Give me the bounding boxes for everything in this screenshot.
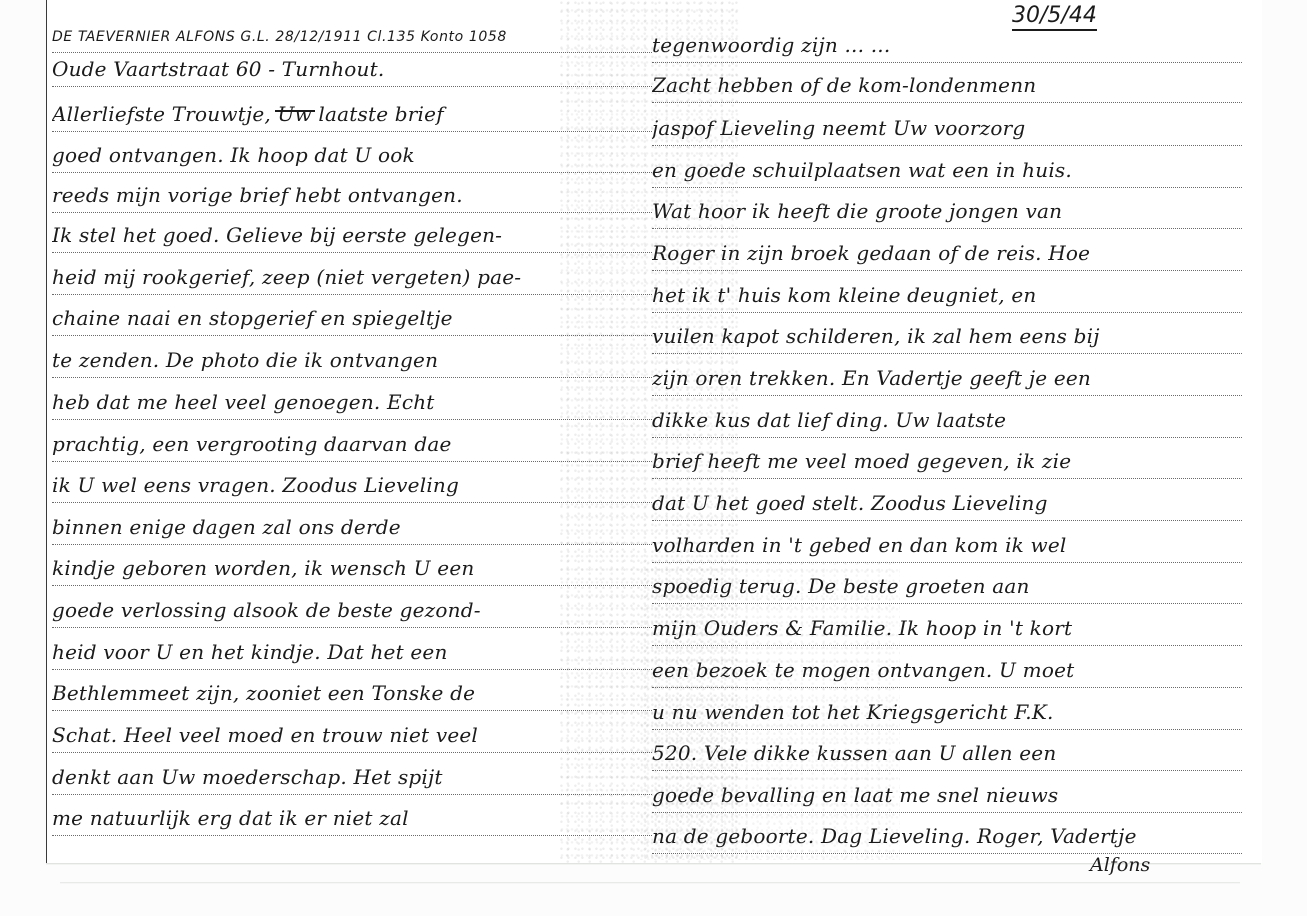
text-line: het ik t' huis kom kleine deugniet, en xyxy=(652,280,1242,313)
underline-stroke xyxy=(275,110,315,112)
text-line: Wat hoor ik heeft die groote jongen van xyxy=(652,196,1242,229)
text-line: u nu wenden tot het Kriegsgericht F.K. xyxy=(652,697,1242,730)
text-line: mijn Ouders & Familie. Ik hoop in 't kor… xyxy=(652,613,1242,646)
text-line: goede bevalling en laat me snel nieuws xyxy=(652,780,1242,813)
paper-edge xyxy=(46,863,1261,865)
signature: Alfons xyxy=(1090,854,1150,876)
text-line: na de geboorte. Dag Lieveling. Roger, Va… xyxy=(652,821,1242,854)
text-line: een bezoek te mogen ontvangen. U moet xyxy=(652,655,1242,688)
header-line: DE TAEVERNIER ALFONS G.L. 28/12/1911 Cl.… xyxy=(52,20,652,53)
address-line: Oude Vaartstraat 60 - Turnhout. xyxy=(52,54,652,87)
text-line: goede verlossing alsook de beste gezond- xyxy=(52,595,652,628)
text-line: Ik stel het goed. Gelieve bij eerste gel… xyxy=(52,220,652,253)
text-line: spoedig terug. De beste groeten aan xyxy=(652,571,1242,604)
text-line: Allerliefste Trouwtje, Uw laatste brief xyxy=(52,99,652,132)
text-line: goed ontvangen. Ik hoop dat U ook xyxy=(52,140,652,173)
text-line: jaspof Lieveling neemt Uw voorzorg xyxy=(652,113,1242,146)
text-line: dat U het goed stelt. Zoodus Lieveling xyxy=(652,488,1242,521)
text-line: en goede schuilplaatsen wat een in huis. xyxy=(652,155,1242,188)
text-line: brief heeft me veel moed gegeven, ik zie xyxy=(652,446,1242,479)
text-line: te zenden. De photo die ik ontvangen xyxy=(52,345,652,378)
text-line: heid mij rookgerief, zeep (niet vergeten… xyxy=(52,262,652,295)
letter-date: 30/5/44 xyxy=(1012,4,1097,31)
text-line: heid voor U en het kindje. Dat het een xyxy=(52,637,652,670)
text-line: me natuurlijk erg dat ik er niet zal xyxy=(52,803,652,836)
text-line: binnen enige dagen zal ons derde xyxy=(52,512,652,545)
text-line: tegenwoordig zijn ... ... xyxy=(652,30,1242,63)
text-line: denkt aan Uw moederschap. Het spijt xyxy=(52,762,652,795)
text-line: chaine naai en stopgerief en spiegeltje xyxy=(52,303,652,336)
paper-edge-secondary xyxy=(60,882,1240,884)
text-line: Zacht hebben of de kom-londenmenn xyxy=(652,70,1242,103)
text-line: volharden in 't gebed en dan kom ik wel xyxy=(652,530,1242,563)
text-line: Bethlemmeet zijn, zooniet een Tonske de xyxy=(52,678,652,711)
text-line: 520. Vele dikke kussen aan U allen een xyxy=(652,738,1242,771)
text-line: vuilen kapot schilderen, ik zal hem eens… xyxy=(652,321,1242,354)
text-line: ik U wel eens vragen. Zoodus Lieveling xyxy=(52,470,652,503)
text-line: dikke kus dat lief ding. Uw laatste xyxy=(652,405,1242,438)
text-line: Roger in zijn broek gedaan of de reis. H… xyxy=(652,238,1242,271)
text-line: kindje geboren worden, ik wensch U een xyxy=(52,553,652,586)
text-line: prachtig, een vergrooting daarvan dae xyxy=(52,429,652,462)
text-line: zijn oren trekken. En Vadertje geeft je … xyxy=(652,363,1242,396)
text-line: heb dat me heel veel genoegen. Echt xyxy=(52,387,652,420)
text-line: Schat. Heel veel moed en trouw niet veel xyxy=(52,720,652,753)
text-line: reeds mijn vorige brief hebt ontvangen. xyxy=(52,180,652,213)
